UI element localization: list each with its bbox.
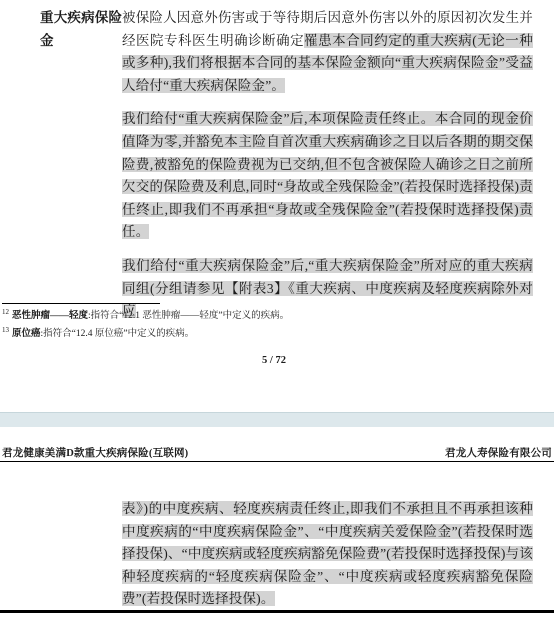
footnote-13-marker: 13 bbox=[2, 326, 9, 334]
clause-paragraph-4: 表》)的中度疾病、轻度疾病责任终止,即我们不承担且不再承担该种中度疾病的“中度疾… bbox=[122, 498, 533, 611]
footnote-13-term: 原位癌 bbox=[12, 329, 41, 339]
header-company-name: 君龙人寿保险有限公司 bbox=[445, 445, 552, 460]
footnote-12-term: 恶性肿瘤——轻度 bbox=[12, 311, 88, 321]
clause-paragraph-2-highlighted-text: 我们给付“重大疾病保险金”后,本项保险责任终止。本合同的现金价值降为零,并豁免本… bbox=[122, 111, 533, 239]
footnote-separator-rule bbox=[2, 303, 160, 304]
footnote-13: 13原位癌:指符合“12.4 原位癌”中定义的疾病。 bbox=[2, 324, 542, 342]
page-gap-band bbox=[0, 412, 554, 427]
clause-paragraph-4-highlighted-text: 表》)的中度疾病、轻度疾病责任终止,即我们不承担且不再承担该种中度疾病的“中度疾… bbox=[122, 501, 533, 606]
clause-body-page2: 表》)的中度疾病、轻度疾病责任终止,即我们不承担且不再承担该种中度疾病的“中度疾… bbox=[122, 498, 533, 611]
clause-body-page1: 被保险人因意外伤害或于等待期后因意外伤害以外的原因初次发生并经医院专科医生明确诊… bbox=[122, 7, 533, 323]
clause-paragraph-2: 我们给付“重大疾病保险金”后,本项保险责任终止。本合同的现金价值降为零,并豁免本… bbox=[122, 108, 533, 244]
bottom-crop-rule bbox=[0, 610, 554, 613]
footnote-13-text: :指符合“12.4 原位癌”中定义的疾病。 bbox=[41, 329, 195, 339]
footnote-12-text: :指符合“12.1 恶性肿瘤——轻度”中定义的疾病。 bbox=[88, 311, 289, 321]
clause-paragraph-1: 被保险人因意外伤害或于等待期后因意外伤害以外的原因初次发生并经医院专科医生明确诊… bbox=[122, 7, 533, 97]
page-number: 5 / 72 bbox=[0, 355, 548, 366]
footnote-12: 12恶性肿瘤——轻度:指符合“12.1 恶性肿瘤——轻度”中定义的疾病。 bbox=[2, 306, 542, 324]
footnotes: 12恶性肿瘤——轻度:指符合“12.1 恶性肿瘤——轻度”中定义的疾病。 13原… bbox=[2, 306, 542, 341]
header-product-name: 君龙健康美满D款重大疾病保险(互联网) bbox=[2, 445, 188, 460]
footnote-12-marker: 12 bbox=[2, 308, 9, 316]
benefit-term-label: 重大疾病保险金 bbox=[40, 7, 126, 52]
header-rule bbox=[0, 461, 554, 462]
page2-running-header: 君龙健康美满D款重大疾病保险(互联网) 君龙人寿保险有限公司 bbox=[2, 445, 552, 460]
